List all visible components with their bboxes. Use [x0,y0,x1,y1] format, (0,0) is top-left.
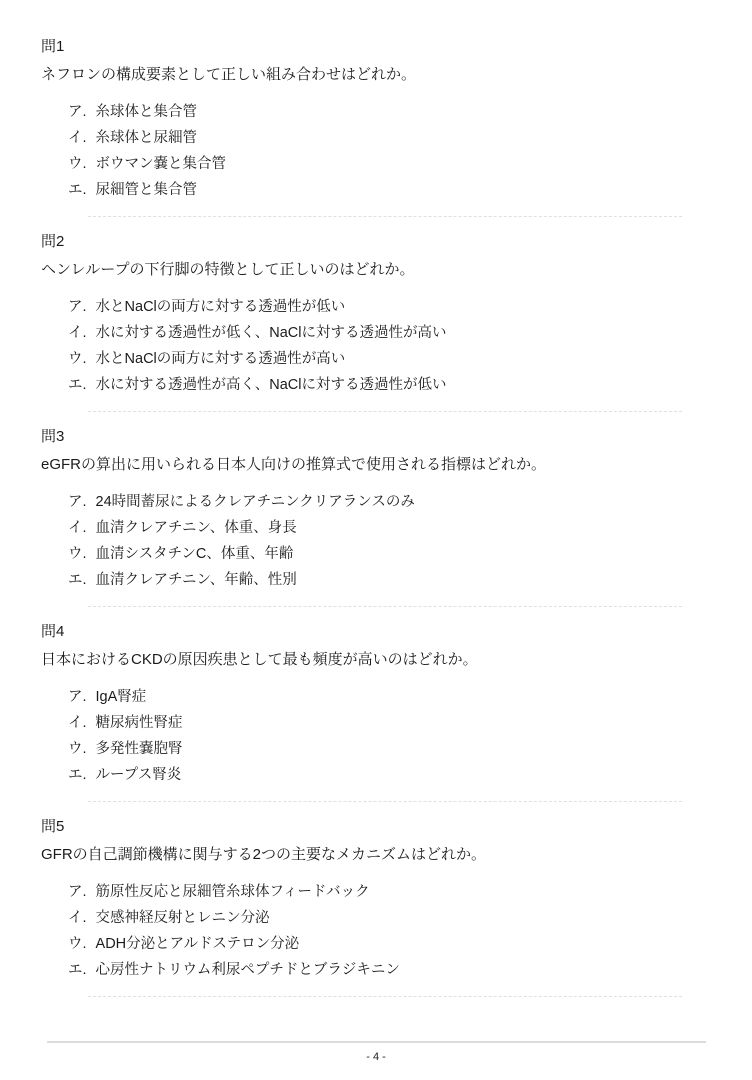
section-divider [88,606,682,607]
option-text: 水とNaClの両方に対する透過性が低い [96,299,346,315]
options-list: ア.IgA腎症 イ.糖尿病性腎症 ウ.多発性嚢胞腎 エ.ループス腎炎 [68,684,711,788]
option-text: 多発性嚢胞腎 [96,741,183,757]
section-divider [88,801,682,802]
option-row-u: ウ.ボウマン嚢と集合管 [68,151,711,177]
options-list: ア.糸球体と集合管 イ.糸球体と尿細管 ウ.ボウマン嚢と集合管 エ.尿細管と集合… [68,99,711,203]
question-text: GFRの自己調節機構に関与する2つの主要なメカニズムはどれか。 [41,845,711,864]
option-row-i: イ.水に対する透過性が低く、NaClに対する透過性が高い [68,320,711,346]
option-row-e: エ.水に対する透過性が高く、NaClに対する透過性が低い [68,372,711,398]
option-label: ウ. [68,931,87,957]
option-label: ア. [68,294,87,320]
question-block-4: 問4 日本におけるCKDの原因疾患として最も頻度が高いのはどれか。 ア.IgA腎… [41,622,711,788]
questions-list: 問1 ネフロンの構成要素として正しい組み合わせはどれか。 ア.糸球体と集合管 イ… [0,0,752,997]
option-text: 水とNaClの両方に対する透過性が高い [96,351,346,367]
option-label: イ. [68,905,87,931]
option-text: 交感神経反射とレニン分泌 [96,910,270,926]
option-row-a: ア.IgA腎症 [68,684,711,710]
option-text: 24時間蓄尿によるクレアチニンクリアランスのみ [96,494,415,510]
question-label: 問4 [41,622,711,641]
option-label: ア. [68,684,87,710]
option-row-a: ア.筋原性反応と尿細管糸球体フィードバック [68,879,711,905]
option-row-i: イ.糸球体と尿細管 [68,125,711,151]
page-number: - 4 - [0,1051,752,1063]
option-label: エ. [68,372,87,398]
option-label: イ. [68,515,87,541]
document-page: { "document": { "page_number": "- 4 -" }… [0,0,752,1080]
option-label: イ. [68,320,87,346]
question-block-5: 問5 GFRの自己調節機構に関与する2つの主要なメカニズムはどれか。 ア.筋原性… [41,817,711,983]
options-list: ア.水とNaClの両方に対する透過性が低い イ.水に対する透過性が低く、NaCl… [68,294,711,398]
option-label: ア. [68,879,87,905]
option-label: ア. [68,99,87,125]
option-text: ADH分泌とアルドステロン分泌 [96,936,300,952]
option-row-i: イ.糖尿病性腎症 [68,710,711,736]
option-label: エ. [68,957,87,983]
option-label: ウ. [68,346,87,372]
question-block-1: 問1 ネフロンの構成要素として正しい組み合わせはどれか。 ア.糸球体と集合管 イ… [41,37,711,203]
option-text: 水に対する透過性が高く、NaClに対する透過性が低い [96,377,447,393]
section-divider [88,216,682,217]
option-text: 血清クレアチニン、年齢、性別 [96,572,297,588]
option-row-u: ウ.多発性嚢胞腎 [68,736,711,762]
option-text: 糸球体と集合管 [96,104,198,120]
option-text: ループス腎炎 [96,767,182,783]
question-label: 問3 [41,427,711,446]
footer-rule [47,1041,706,1043]
options-list: ア.24時間蓄尿によるクレアチニンクリアランスのみ イ.血清クレアチニン、体重、… [68,489,711,593]
option-text: 尿細管と集合管 [96,182,198,198]
question-text: 日本におけるCKDの原因疾患として最も頻度が高いのはどれか。 [41,650,711,669]
option-text: IgA腎症 [96,689,147,705]
option-row-a: ア.水とNaClの両方に対する透過性が低い [68,294,711,320]
option-row-e: エ.ループス腎炎 [68,762,711,788]
option-row-u: ウ.ADH分泌とアルドステロン分泌 [68,931,711,957]
option-row-e: エ.尿細管と集合管 [68,177,711,203]
question-block-3: 問3 eGFRの算出に用いられる日本人向けの推算式で使用される指標はどれか。 ア… [41,427,711,593]
question-label: 問2 [41,232,711,251]
option-row-i: イ.血清クレアチニン、体重、身長 [68,515,711,541]
options-list: ア.筋原性反応と尿細管糸球体フィードバック イ.交感神経反射とレニン分泌 ウ.A… [68,879,711,983]
question-block-2: 問2 ヘンレループの下行脚の特徴として正しいのはどれか。 ア.水とNaClの両方… [41,232,711,398]
question-text: eGFRの算出に用いられる日本人向けの推算式で使用される指標はどれか。 [41,455,711,474]
option-text: 心房性ナトリウム利尿ペプチドとブラジキニン [96,962,400,978]
option-text: 血清クレアチニン、体重、身長 [96,520,297,536]
option-label: ア. [68,489,87,515]
option-label: エ. [68,567,87,593]
option-label: ウ. [68,151,87,177]
option-row-a: ア.糸球体と集合管 [68,99,711,125]
option-text: 糖尿病性腎症 [96,715,183,731]
option-text: 糸球体と尿細管 [96,130,198,146]
option-text: ボウマン嚢と集合管 [96,156,227,172]
option-label: ウ. [68,541,87,567]
option-label: エ. [68,177,87,203]
option-label: ウ. [68,736,87,762]
option-text: 水に対する透過性が低く、NaClに対する透過性が高い [96,325,447,341]
question-label: 問1 [41,37,711,56]
option-row-a: ア.24時間蓄尿によるクレアチニンクリアランスのみ [68,489,711,515]
option-row-u: ウ.血清シスタチンC、体重、年齢 [68,541,711,567]
option-row-i: イ.交感神経反射とレニン分泌 [68,905,711,931]
option-label: イ. [68,710,87,736]
section-divider [88,411,682,412]
question-text: ヘンレループの下行脚の特徴として正しいのはどれか。 [41,260,711,279]
option-row-e: エ.血清クレアチニン、年齢、性別 [68,567,711,593]
option-label: エ. [68,762,87,788]
option-text: 血清シスタチンC、体重、年齢 [96,546,294,562]
option-row-e: エ.心房性ナトリウム利尿ペプチドとブラジキニン [68,957,711,983]
question-label: 問5 [41,817,711,836]
question-text: ネフロンの構成要素として正しい組み合わせはどれか。 [41,65,711,84]
option-row-u: ウ.水とNaClの両方に対する透過性が高い [68,346,711,372]
section-divider [88,996,682,997]
option-label: イ. [68,125,87,151]
option-text: 筋原性反応と尿細管糸球体フィードバック [96,884,370,900]
